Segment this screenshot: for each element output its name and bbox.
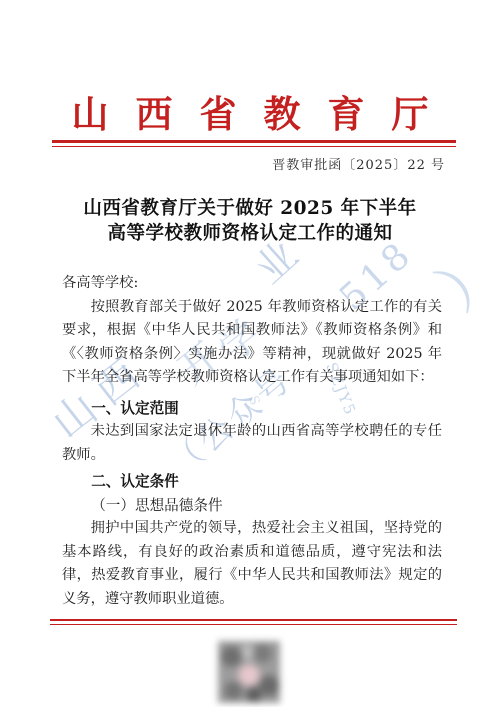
letterhead-rule-thick — [52, 140, 456, 143]
document-body: 各高等学校: 按照教育部关于做好 2025 年教师资格认定工作的有关要求，根据《… — [62, 272, 442, 611]
subsection-heading-moral: （一）思想品德条件 — [62, 494, 442, 518]
notice-title-line2: 高等学校教师资格认定工作的通知 — [40, 222, 460, 247]
notice-title: 山西省教育厅关于做好 2025 年下半年 高等学校教师资格认定工作的通知 — [40, 197, 460, 246]
salutation: 各高等学校: — [62, 272, 442, 296]
footer-rule-top — [50, 619, 457, 621]
paragraph-moral: 拥护中国共产党的领导，热爱社会主义祖国，坚持党的基本路线，有良好的政治素质和道德… — [62, 517, 442, 611]
document-page: 山西开学业（公众号518）SZJY5S 山西省教育厅 晋教审批函〔2025〕22… — [0, 0, 500, 707]
section-heading-scope: 一、认定范围 — [62, 397, 442, 421]
footer-rule-bottom — [50, 624, 457, 625]
notice-title-line1: 山西省教育厅关于做好 2025 年下半年 — [40, 197, 460, 222]
section-heading-conditions: 二、认定条件 — [62, 470, 442, 494]
letterhead-rule-thin — [52, 146, 456, 147]
paragraph-intro: 按照教育部关于做好 2025 年教师资格认定工作的有关要求，根据《中华人民共和国… — [62, 296, 442, 390]
paragraph-scope: 未达到国家法定退休年龄的山西省高等学校聘任的专任教师。 — [62, 420, 442, 467]
document-number: 晋教审批函〔2025〕22 号 — [272, 154, 445, 173]
blurred-qr-stamp — [218, 641, 280, 703]
agency-name: 山西省教育厅 — [0, 84, 500, 138]
